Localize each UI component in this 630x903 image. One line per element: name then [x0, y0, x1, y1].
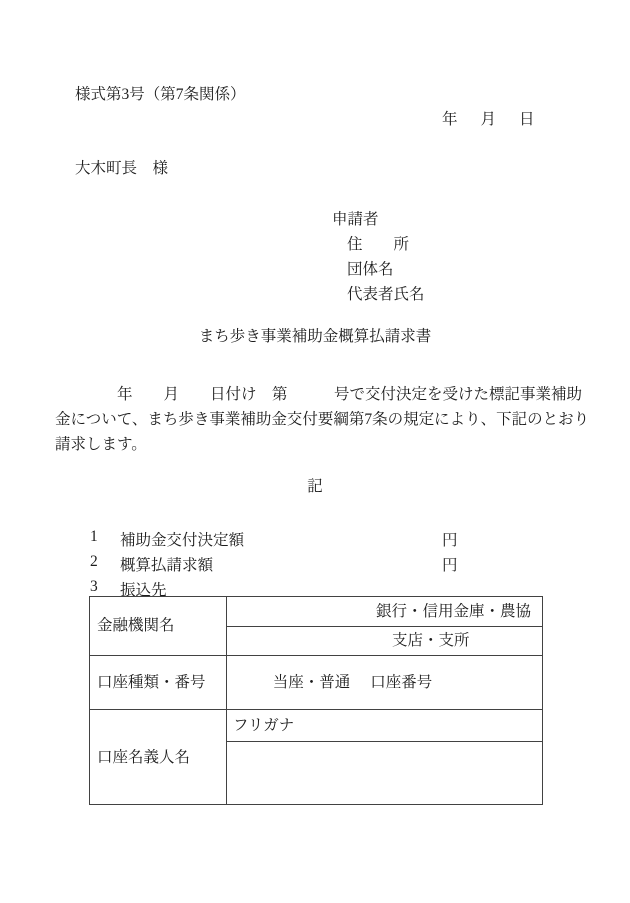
table-row: 口座種類・番号 当座・普通口座番号: [90, 656, 543, 710]
furigana-label-cell: フリガナ: [227, 710, 543, 742]
document-title: まち歩き事業補助金概算払請求書: [0, 328, 630, 346]
branch-type-options-cell: 支店・支所: [227, 627, 543, 656]
financial-institution-header-cell: 金融機関名: [90, 597, 227, 656]
table-row: 金融機関名 銀行・信用金庫・農協: [90, 597, 543, 627]
applicant-address-label: 住 所: [347, 236, 409, 254]
item-row-requested-amount: 2 概算払請求額 円: [0, 553, 630, 573]
item-unit-yen: 円: [442, 528, 458, 550]
item-label: 補助金交付決定額: [120, 528, 244, 550]
body-paragraph-line-3: 請求します。: [55, 436, 147, 454]
applicant-representative-label: 代表者氏名: [347, 286, 425, 304]
date-day-label: 日: [519, 111, 535, 129]
applicant-organization-label: 団体名: [347, 261, 394, 279]
item-number: 3: [90, 578, 98, 596]
transfer-destination-table: 金融機関名 銀行・信用金庫・農協 支店・支所 口座種類・番号 当座・普通口座番号…: [89, 596, 543, 805]
table-row: 口座名義人名 フリガナ: [90, 710, 543, 742]
item-number: 2: [90, 553, 98, 571]
account-holder-header-cell: 口座名義人名: [90, 710, 227, 805]
account-type-header-cell: 口座種類・番号: [90, 656, 227, 710]
date-month-label: 月: [481, 111, 497, 129]
item-number: 1: [90, 528, 98, 546]
body-paragraph-line-2: 金について、まち歩き事業補助金交付要綱第7条の規定により、下記のとおり: [55, 411, 589, 429]
applicant-label: 申請者: [332, 211, 379, 229]
account-number-label: 口座番号: [370, 674, 432, 691]
bank-type-options-cell: 銀行・信用金庫・農協: [227, 597, 543, 627]
form-number-label: 様式第3号（第7条関係）: [75, 86, 246, 104]
account-type-options: 当座・普通: [273, 674, 351, 691]
item-row-transfer-destination: 3 振込先: [0, 578, 630, 598]
account-type-value-cell: 当座・普通口座番号: [227, 656, 543, 710]
date-year-label: 年: [442, 111, 458, 129]
item-label: 概算払請求額: [120, 553, 213, 575]
account-holder-name-blank-cell: [227, 742, 543, 805]
item-unit-yen: 円: [442, 553, 458, 575]
body-paragraph-line-1: 年 月 日付け 第 号で交付決定を受けた標記事業補助: [55, 386, 582, 404]
addressee-label: 大木町長 様: [75, 160, 168, 178]
date-line: 年 月 日: [442, 111, 535, 129]
section-mark: 記: [0, 478, 630, 496]
item-row-decided-amount: 1 補助金交付決定額 円: [0, 528, 630, 548]
document-page: 様式第3号（第7条関係） 年 月 日 大木町長 様 申請者 住 所 団体名 代表…: [0, 0, 630, 903]
